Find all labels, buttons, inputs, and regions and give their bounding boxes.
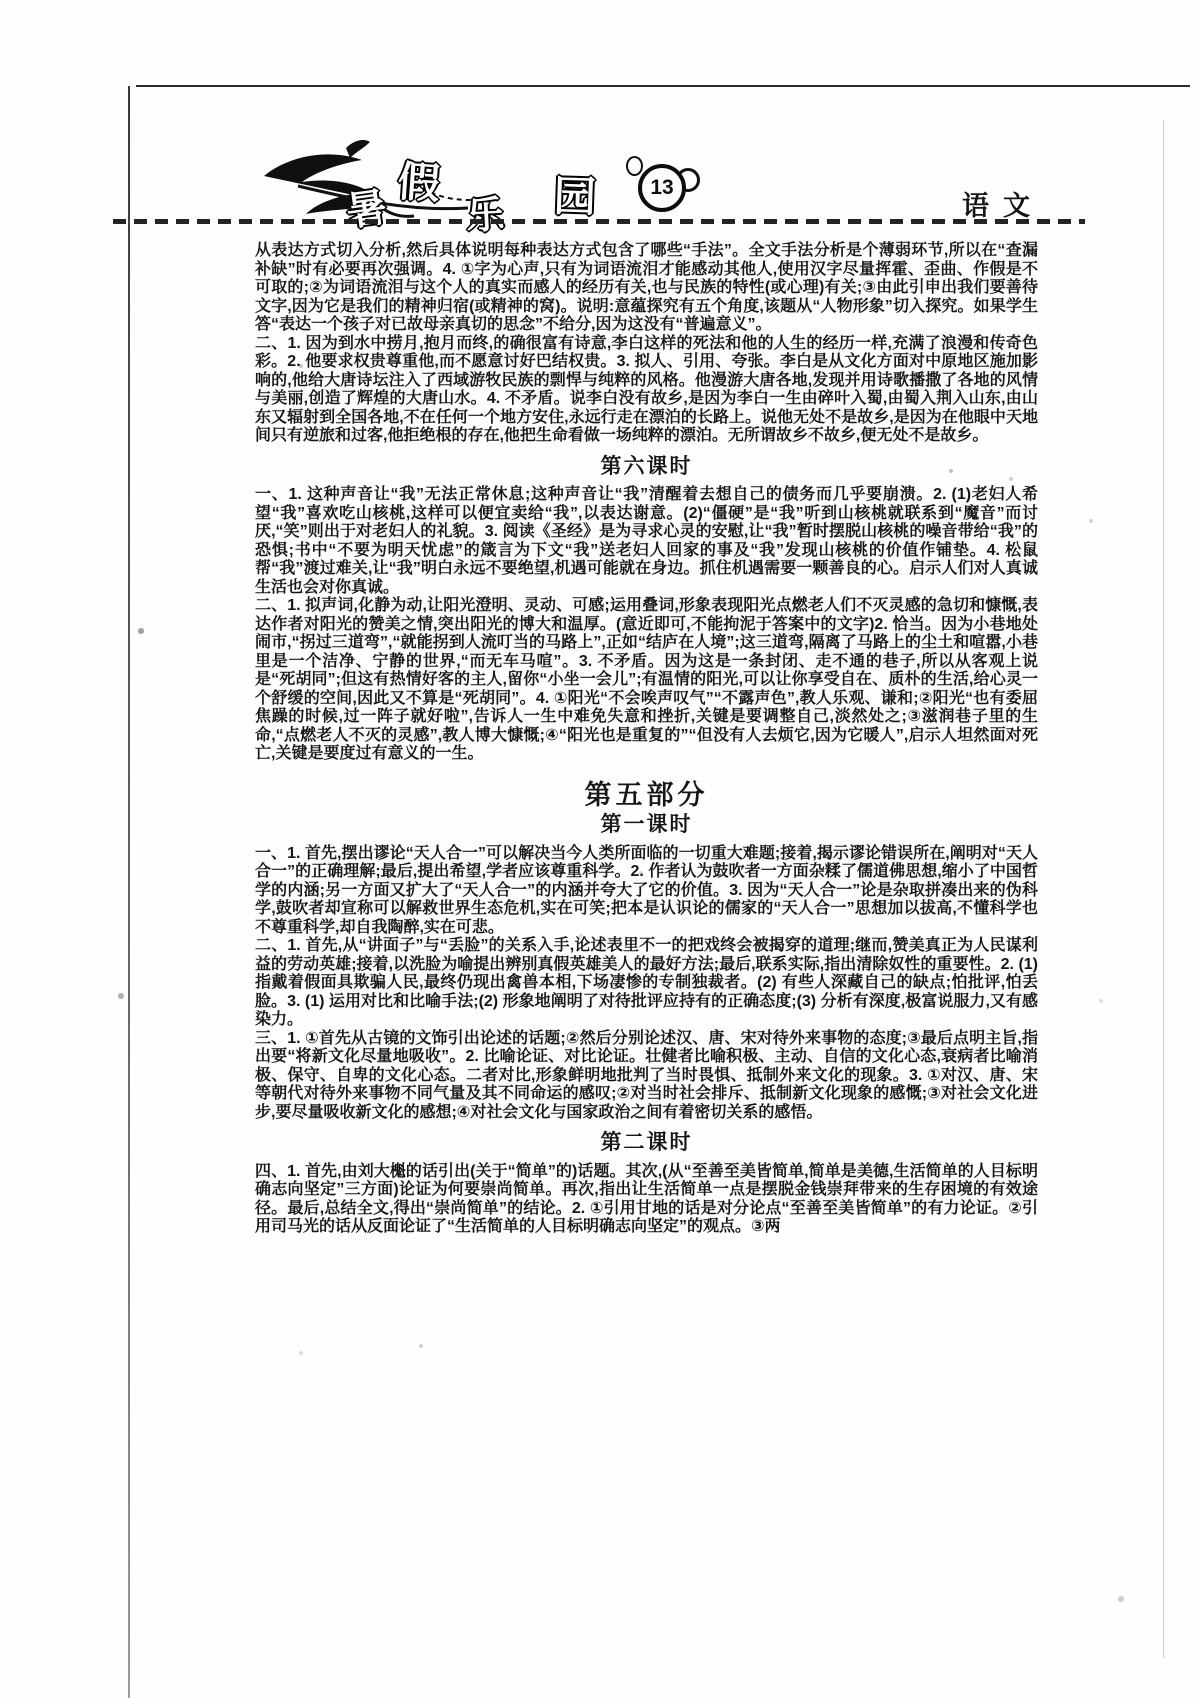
answer-paragraph-jiandan: 四、1. 首先,由刘大櫆的话引出(关于“简单”的)话题。其次,(从“至善至美皆简… <box>255 1163 1038 1237</box>
lesson-heading-1: 第一课时 <box>255 816 1038 835</box>
logo-char: 暑 <box>342 175 390 237</box>
answer-paragraph-walnut: 一、1. 这种声音让“我”无法正常休息;这种声音让“我”清醒着去想自己的债务而几… <box>255 486 1038 597</box>
logo-char: 乐 <box>465 183 506 240</box>
part-heading-5: 第五部分 <box>255 786 1038 805</box>
logo-char: 假 <box>396 149 442 212</box>
dashed-divider <box>113 219 1085 224</box>
badge-balloon-icon <box>626 156 643 176</box>
answer-paragraph-continuation: 从表达方式切入分析,然后具体说明每种表达方式包含了哪些“手法”。全文手法分析是个… <box>255 242 1038 335</box>
answer-content: 从表达方式切入分析,然后具体说明每种表达方式包含了哪些“手法”。全文手法分析是个… <box>255 242 1038 1237</box>
answer-paragraph-mianzi: 二、1. 首先,从“讲面子”与“丢脸”的关系入手,论述表里不一的把戏终会被揭穿的… <box>255 937 1038 1030</box>
scan-edge-left-line <box>128 86 130 1698</box>
scanned-page: 暑 假 乐 园 13 语文 从表达方式切入分析,然后具体说明每种表达方式包含了哪… <box>0 0 1200 1698</box>
scan-noise <box>0 0 2 2</box>
scan-edge-top-line <box>136 85 1190 87</box>
scan-edge-right-line <box>1163 120 1164 1658</box>
subject-label: 语文 <box>962 184 1044 223</box>
brand-logo: 暑 假 乐 园 <box>258 138 648 224</box>
lesson-heading-2: 第二课时 <box>255 1134 1038 1153</box>
answer-paragraph-gujing: 三、1. ①首先从古镜的文饰引出论述的话题;②然后分别论述汉、唐、宋对待外来事物… <box>255 1030 1038 1123</box>
lesson-heading-6: 第六课时 <box>255 458 1038 477</box>
answer-paragraph-sunlight: 二、1. 拟声词,化静为动,让阳光澄明、灵动、可感;运用叠词,形象表现阳光点燃老… <box>255 597 1038 764</box>
logo-char: 园 <box>553 163 597 224</box>
page-number: 13 <box>638 164 686 212</box>
answer-paragraph-li-bai: 二、1. 因为到水中捞月,抱月而终,的确很富有诗意,李白这样的死法和他的人生的经… <box>255 335 1038 446</box>
answer-paragraph-tianren: 一、1. 首先,摆出谬论“天人合一”可以解决当今人类所面临的一切重大难题;接着,… <box>255 845 1038 938</box>
page-number-badge: 13 <box>638 162 686 208</box>
